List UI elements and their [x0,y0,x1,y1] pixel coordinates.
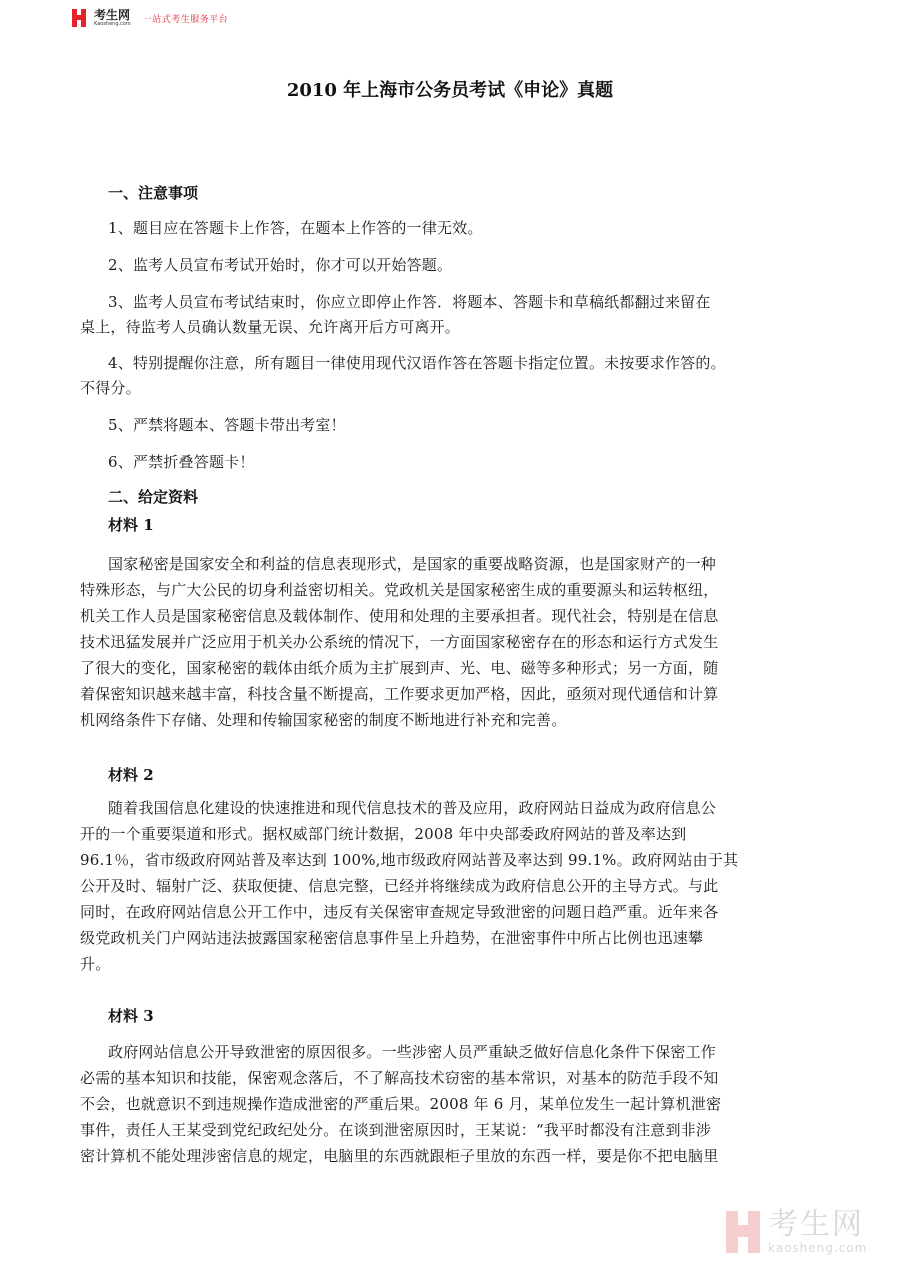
material-1-line-4: 技术迅猛发展并广泛应用于机关办公系统的情况下，一方面国家秘密存在的形态和运行方式… [80,631,718,652]
logo-domain: Kaosheng.com [94,22,131,27]
material-2-line-7: 升。 [80,953,110,974]
material-3-line-3: 不会，也就意识不到违规操作造成泄密的严重后果。2008 年 6 月，某单位发生一… [80,1093,721,1114]
material-3-line-4: 事件，责任人王某受到党纪政纪处分。在谈到泄密原因时，王某说：“我平时都没有注意到… [80,1119,711,1140]
material-2-line-5: 同时，在政府网站信息公开工作中，违反有关保密审查规定导致泄密的问题日趋严重。近年… [80,901,718,922]
watermark-logo-icon [726,1211,760,1253]
notice-item-5: 5、严禁将题本、答题卡带出考室！ [108,414,346,435]
material-2-line-3: 96.1％，省市级政府网站普及率达到 100%,地市级政府网站普及率达到 99.… [80,849,738,870]
material-2-line-1: 随着我国信息化建设的快速推进和现代信息技术的普及应用，政府网站日益成为政府信息公 [108,797,716,818]
notice-item-1: 1、题目应在答题卡上作答，在题本上作答的一律无效。 [108,217,483,238]
section-heading-notes: 一、注意事项 [108,182,198,203]
material-3-line-1: 政府网站信息公开导致泄密的原因很多。一些涉密人员严重缺乏做好信息化条件下保密工作 [108,1041,716,1062]
notice-item-2: 2、监考人员宣布考试开始时，你才可以开始答题。 [108,254,452,275]
material-3-line-2: 必需的基本知识和技能，保密观念落后，不了解高技术窃密的基本常识，对基本的防范手段… [80,1067,718,1088]
material-1-line-7: 机网络条件下存储、处理和传输国家秘密的制度不断地进行补充和完善。 [80,709,566,730]
kaosheng-logo-icon [72,9,86,27]
document-title: 2010 年上海市公务员考试《申论》真题 [0,76,900,102]
notice-item-6: 6、严禁折叠答题卡！ [108,451,255,472]
material-2-line-6: 级党政机关门户网站违法披露国家秘密信息事件呈上升趋势，在泄密事件中所占比例也迅速… [80,927,703,948]
section-heading-materials: 二、给定资料 [108,486,198,507]
notice-item-4-line-1: 4、特别提醒你注意，所有题目一律使用现代汉语作答在答题卡指定位置。未按要求作答的… [108,352,726,373]
material-2-label: 材料 2 [108,764,154,785]
material-3-label: 材料 3 [108,1005,154,1026]
material-3-line-5: 密计算机不能处理涉密信息的规定，电脑里的东西就跟柜子里放的东西一样，要是你不把电… [80,1145,718,1166]
material-1-label: 材料 1 [108,514,154,535]
material-1-line-3: 机关工作人员是国家秘密信息及载体制作、使用和处理的主要承担者。现代社会，特别是在… [80,605,718,626]
notice-item-3-line-2: 桌上，待监考人员确认数量无误、允许离开后方可离开。 [80,316,460,337]
material-1-line-2: 特殊形态，与广大公民的切身利益密切相关。党政机关是国家秘密生成的重要源头和运转枢… [80,579,718,600]
notice-item-4-line-2: 不得分。 [80,377,141,398]
watermark-name: 考生网 [768,1210,867,1240]
material-2-line-2: 开的一个重要渠道和形式。据权威部门统计数据，2008 年中央部委政府网站的普及率… [80,823,686,844]
material-2-line-4: 公开及时、辐射广泛、获取便捷、信息完整，已经并将继续成为政府信息公开的主导方式。… [80,875,718,896]
logo-name: 考生网 [94,9,131,21]
header-slogan: 一站式考生服务平台 [143,12,229,25]
logo-text: 考生网 Kaosheng.com [94,9,131,27]
material-1-line-1: 国家秘密是国家安全和利益的信息表现形式，是国家的重要战略资源，也是国家财产的一种 [108,553,716,574]
watermark: 考生网 kaosheng.com [726,1210,867,1254]
material-1-line-6: 着保密知识越来越丰富，科技含量不断提高，工作要求更加严格，因此，亟须对现代通信和… [80,683,718,704]
material-1-line-5: 了很大的变化，国家秘密的载体由纸介质为主扩展到声、光、电、磁等多种形式；另一方面… [80,657,718,678]
site-header: 考生网 Kaosheng.com 一站式考生服务平台 [72,6,228,30]
notice-item-3-line-1: 3、监考人员宣布考试结束时，你应立即停止作答．将题本、答题卡和草稿纸都翻过来留在 [108,291,711,312]
watermark-domain: kaosheng.com [768,1242,867,1254]
watermark-text: 考生网 kaosheng.com [768,1210,867,1254]
